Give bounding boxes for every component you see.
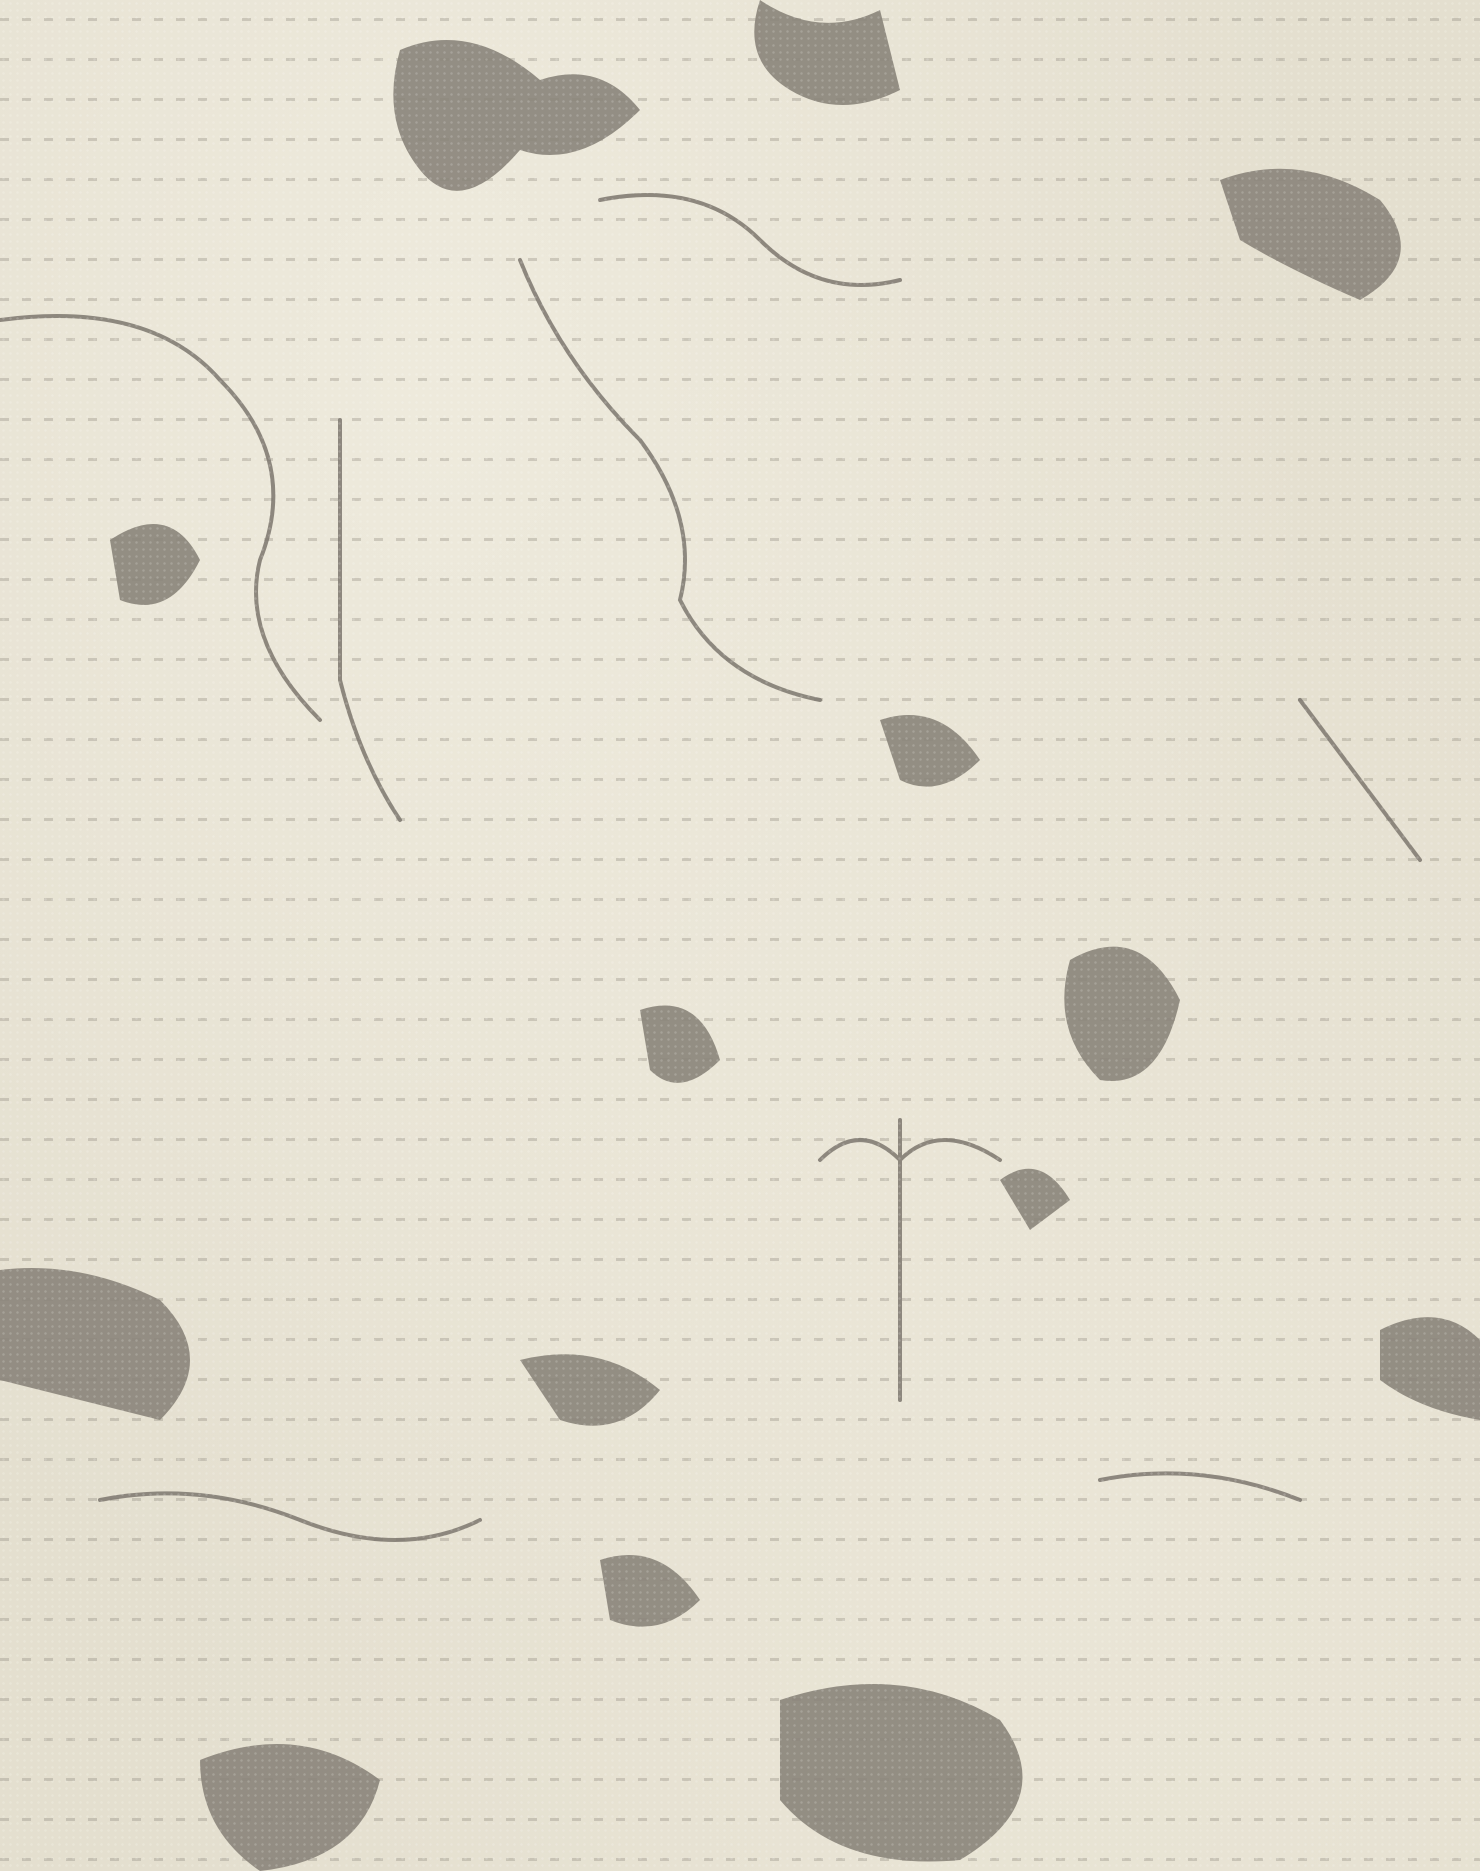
rug-texture bbox=[0, 0, 1480, 1871]
texture-grain bbox=[0, 0, 1480, 1871]
